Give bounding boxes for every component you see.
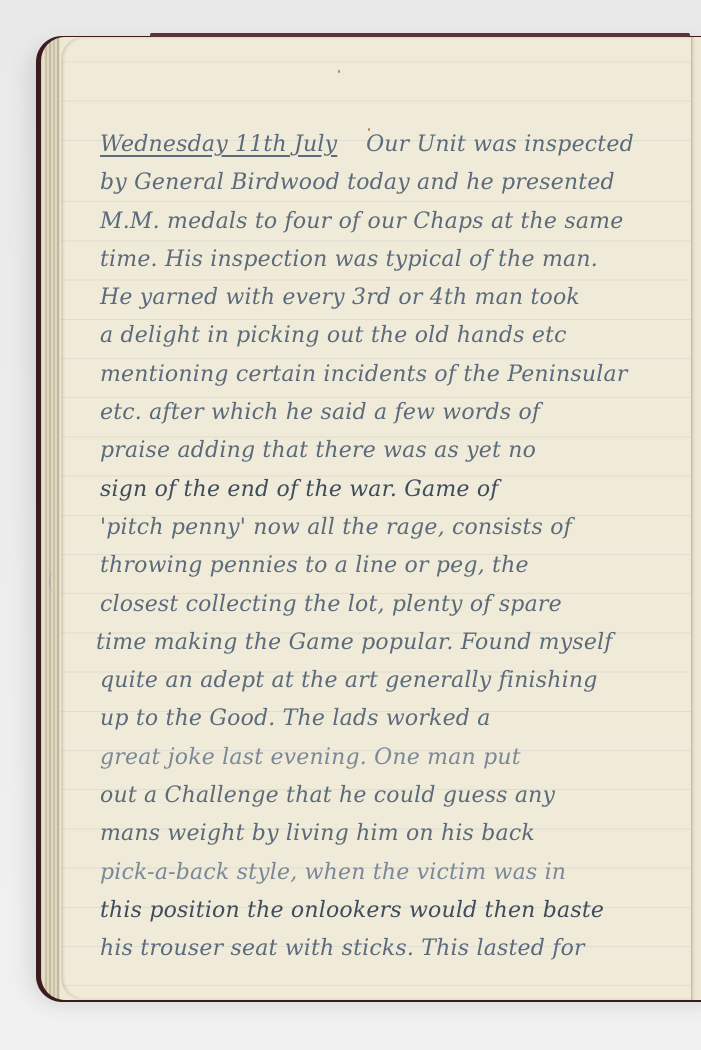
entry-line-12: throwing pennies to a line or peg, the	[100, 547, 690, 585]
entry-line-1: Wednesday 11th July Our Unit was inspect…	[100, 126, 690, 164]
entry-date-heading: Wednesday 11th July	[100, 132, 337, 157]
entry-line-21: this position the onlookers would then b…	[100, 892, 690, 930]
entry-line-7: mentioning certain incidents of the Peni…	[100, 356, 690, 394]
entry-line-text: Our Unit was inspected	[366, 132, 634, 157]
paper-speck	[338, 70, 340, 73]
entry-line-9: praise adding that there was as yet no	[100, 432, 690, 470]
entry-line-15: quite an adept at the art generally fini…	[100, 662, 690, 700]
entry-line-13: closest collecting the lot, plenty of sp…	[100, 586, 690, 624]
entry-line-22: his trouser seat with sticks. This laste…	[100, 930, 690, 968]
page-gutter	[691, 37, 701, 1000]
entry-line-17: great joke last evening. One man put	[100, 739, 690, 777]
entry-line-2: by General Birdwood today and he present…	[100, 164, 690, 202]
entry-line-10: sign of the end of the war. Game of	[100, 471, 690, 509]
entry-line-8: etc. after which he said a few words of	[100, 394, 690, 432]
entry-line-20: pick-a-back style, when the victim was i…	[100, 854, 690, 892]
entry-line-18: out a Challenge that he could guess any	[100, 777, 690, 815]
margin-pencil-mark	[49, 573, 56, 591]
entry-line-19: mans weight by living him on his back	[100, 815, 690, 853]
entry-line-6: a delight in picking out the old hands e…	[100, 317, 690, 355]
entry-line-11: 'pitch penny' now all the rage, consists…	[100, 509, 690, 547]
entry-line-14: time making the Game popular. Found myse…	[96, 624, 690, 662]
entry-line-16: up to the Good. The lads worked a	[100, 700, 690, 738]
entry-line-5: He yarned with every 3rd or 4th man took	[100, 279, 690, 317]
entry-line-3: M.M. medals to four of our Chaps at the …	[100, 203, 690, 241]
handwritten-entry: Wednesday 11th July Our Unit was inspect…	[100, 126, 690, 969]
entry-line-4: time. His inspection was typical of the …	[100, 241, 690, 279]
